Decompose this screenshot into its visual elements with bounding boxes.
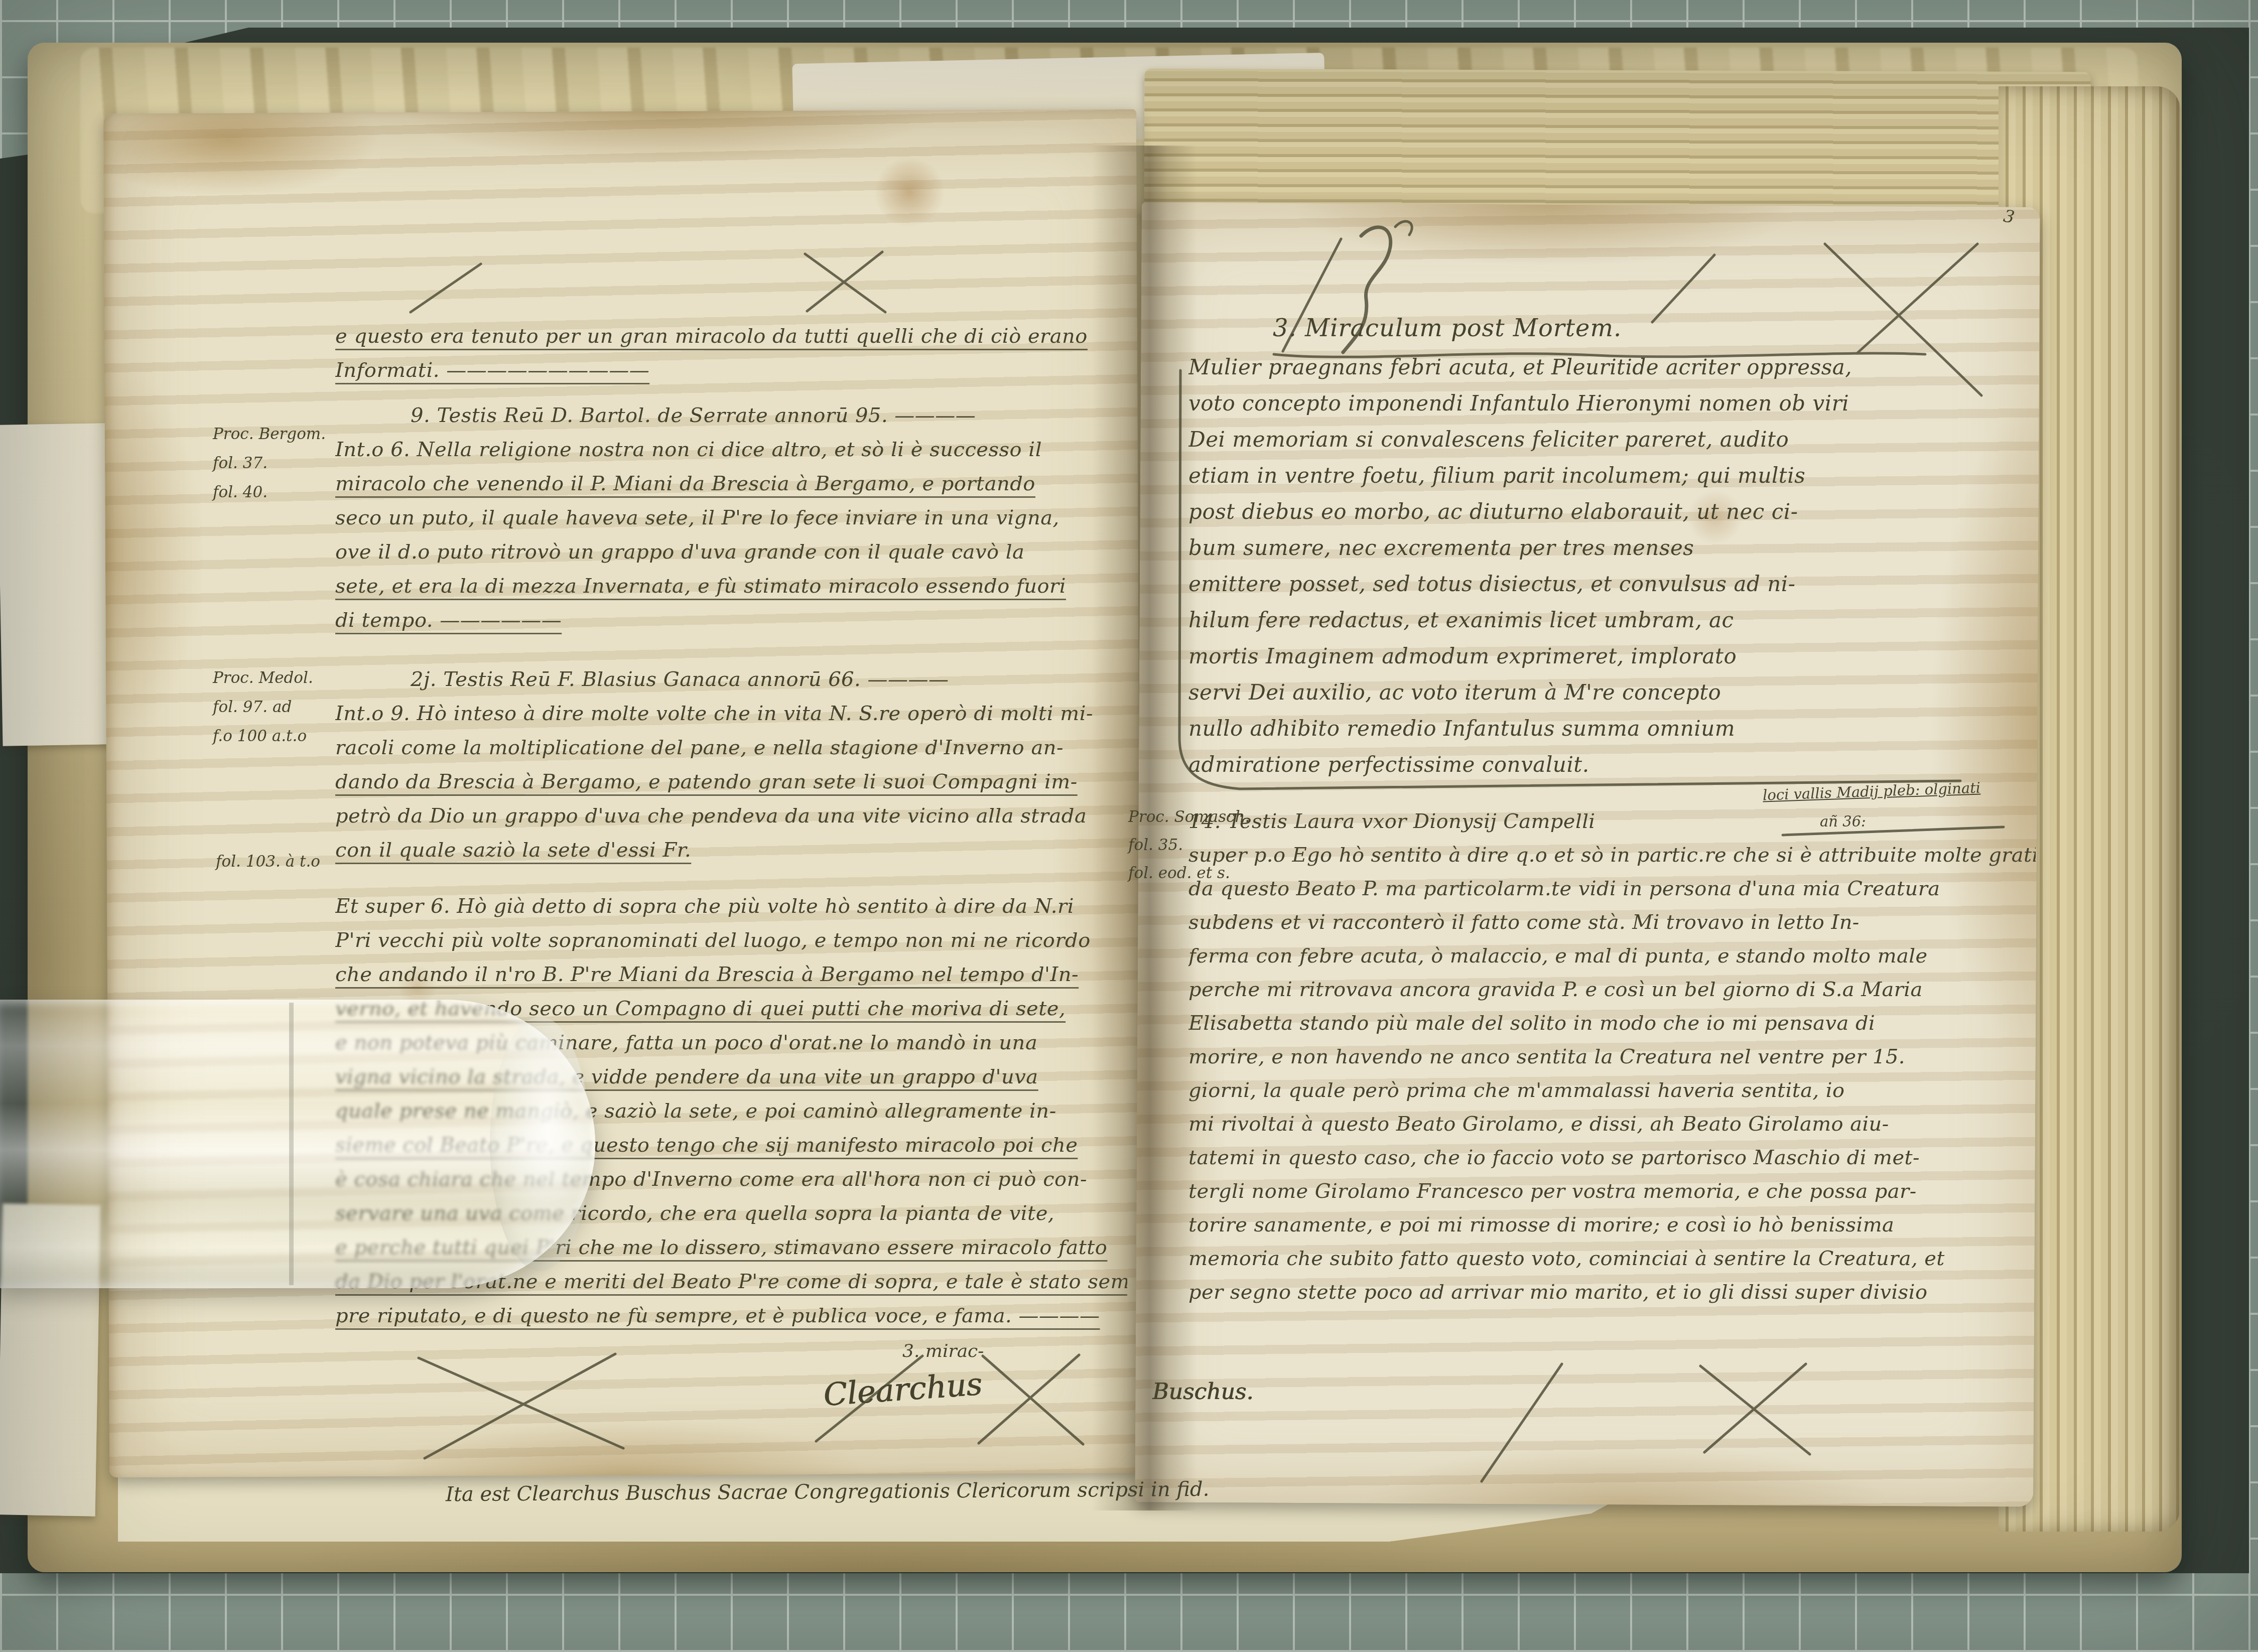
manuscript-line: ove il d.o puto ritrovò un grappo d'uva … [335,535,1127,569]
manuscript-line: morire, e non havendo ne anco sentita la… [1188,1040,2036,1074]
summary-line: post diebus eo morbo, ac diuturno elabor… [1188,494,2036,530]
manuscript-line: giorni, la quale però prima che m'ammala… [1188,1074,2036,1108]
right-page-text: 3. Miraculum post Mortem. Mulier praegna… [1188,307,2036,1309]
manuscript-line: da questo Beato P. ma particolarm.te vid… [1188,872,2036,906]
summary-line: servi Dei auxilio, ac voto iterum à M're… [1188,674,2036,711]
manuscript-line: miracolo che venendo il P. Miani da Bres… [335,467,1127,501]
summary-line: bum sumere, nec excrementa per tres mens… [1188,530,2036,566]
manuscript-line: Elisabetta stando più male del solito in… [1188,1007,2036,1040]
manuscript-line: tatemi in questo caso, che io faccio vot… [1188,1141,2036,1175]
manuscript-line: con il quale saziò la sete d'essi Fr. [335,833,1127,867]
catchword-right-page: Buschus. [1152,1379,1253,1405]
margin-note-line: fol. eod. et s. [1128,859,1250,887]
margin-note-line: f.o 100 a.t.o [213,722,313,751]
manuscript-line: Informati. —————————— [335,353,1127,387]
manuscript-line: di tempo. —————— [335,603,1127,637]
manuscript-line: perche mi ritrovava ancora gravida P. e … [1188,973,2036,1007]
glass-weight[interactable] [0,1000,595,1288]
summary-line: etiam in ventre foetu, filium parit inco… [1188,458,2036,494]
margin-note-line: Proc. Medol. [213,663,313,693]
manuscript-line: super p.o Ego hò sentito à dire q.o et s… [1188,839,2036,872]
summary-line: Mulier praegnans febri acuta, et Pleurit… [1188,349,2036,385]
manuscript-line: torire sanamente, e poi mi rimosse di mo… [1188,1208,2036,1242]
manuscript-line: seco un puto, il quale haveva sete, il P… [335,501,1127,535]
manuscript-line: che andando il n'ro B. P're Miani da Bre… [335,957,1127,992]
summary-line: voto concepto imponendi Infantulo Hieron… [1188,385,2036,422]
summary-line: Dei memoriam si convalescens feliciter p… [1188,422,2036,458]
summary-line: nullo adhibito remedio Infantulus summa … [1188,711,2036,747]
manuscript-line: petrò da Dio un grappo d'uva che pendeva… [335,799,1127,833]
margin-note-line: fol. 97. ad [213,693,313,722]
witness-heading: 2j. Testis Reū F. Blasius Ganaca annorū … [335,662,1127,697]
manuscript-line: tergli nome Girolamo Francesco per vostr… [1188,1175,2036,1208]
margin-note-fol103: fol. 103. à t.o [216,847,320,876]
manuscript-line: per segno stette poco ad arrivar mio mar… [1188,1276,2036,1309]
margin-note-line: fol. 37. [213,449,326,478]
manuscript-line: Et super 6. Hò già detto di sopra che pi… [335,889,1127,923]
manuscript-line: mi rivoltai à questo Beato Girolamo, e d… [1188,1108,2036,1141]
summary-line: emittere posset, sed totus disiectus, et… [1188,566,2036,602]
margin-note-line: fol. 40. [213,478,326,507]
interlinear-insertion-age: añ 36: [1820,813,1866,830]
margin-note-somascha: Proc. Somasch. fol. 35. fol. eod. et s. [1128,803,1250,887]
manuscript-line: e questo era tenuto per un gran miracolo… [335,319,1127,353]
manuscript-line: ferma con febre acuta, ò malaccio, e mal… [1188,939,2036,973]
margin-note-line: Proc. Somasch. [1128,803,1250,831]
manuscript-line: Int.o 6. Nella religione nostra non ci d… [335,433,1127,467]
witness-heading: 14. Testis Laura vxor Dionysij Campelli [1188,805,2036,839]
manuscript-line: P'ri vecchi più volte sopranominati del … [335,923,1127,957]
margin-note-line: fol. 103. à t.o [216,847,320,876]
manuscript-line: memoria che subito fatto questo voto, co… [1188,1242,2036,1276]
flyleaf-edge-upper [0,423,112,746]
summary-line: hilum fere redactus, et exanimis licet u… [1188,602,2036,638]
margin-note-mediolani: Proc. Medol. fol. 97. ad f.o 100 a.t.o [213,663,313,751]
summary-line: mortis Imaginem admodum exprimeret, impl… [1188,638,2036,674]
manuscript-line: pre riputato, e di questo ne fù sempre, … [335,1299,1127,1333]
witness-heading: 9. Testis Reū D. Bartol. de Serrate anno… [335,398,1127,433]
manuscript-line: sete, et era la di mezza Invernata, e fù… [335,569,1127,603]
summary-line: admiratione perfectissime convaluit. [1188,747,2036,783]
manuscript-line: Int.o 9. Hò inteso à dire molte volte ch… [335,697,1127,731]
page-stack-top-edge [1144,69,2090,225]
manuscript-line: dando da Brescia à Bergamo, e patendo gr… [335,765,1127,799]
catchword-left-page: 3. mirac- [902,1341,984,1361]
section-heading: 3. Miraculum post Mortem. [1188,307,2036,349]
margin-note-bergamo: Proc. Bergom. fol. 37. fol. 40. [213,420,326,507]
photo-stage: e questo era tenuto per un gran miracolo… [0,0,2258,1652]
margin-note-line: Proc. Bergom. [213,420,326,449]
manuscript-line: racoli come la moltiplicatione del pane,… [335,731,1127,765]
manuscript-line: subdens et vi racconterò il fatto come s… [1188,906,2036,939]
margin-note-line: fol. 35. [1128,831,1250,859]
